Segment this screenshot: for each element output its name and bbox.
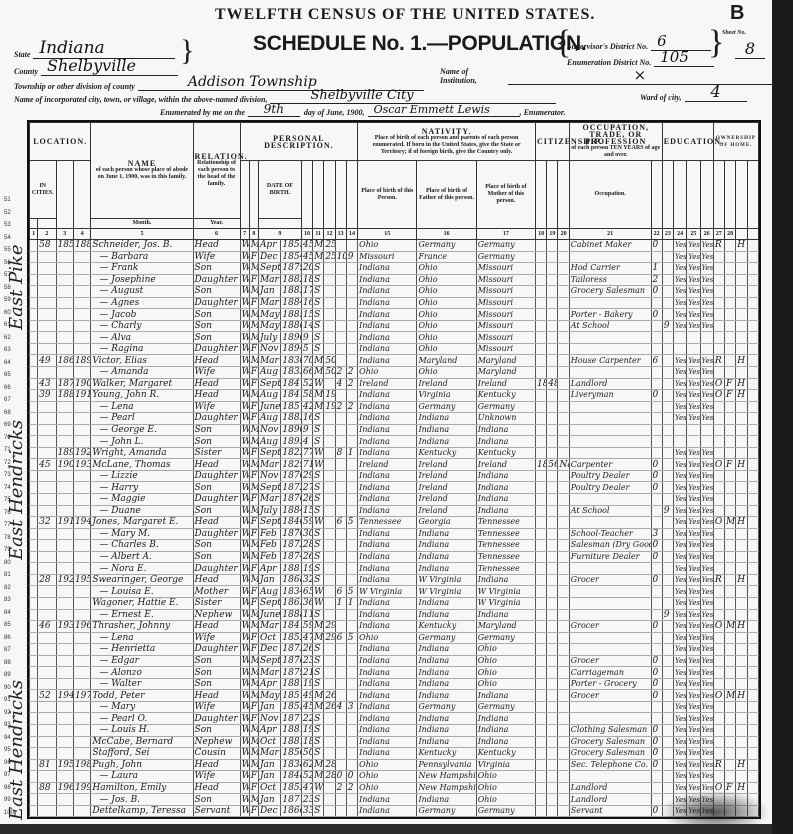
can-write: Yes xyxy=(687,667,700,679)
years-married: 29 xyxy=(324,621,335,633)
color: W xyxy=(240,667,249,679)
age: 33 xyxy=(301,805,312,817)
street xyxy=(30,517,38,529)
mother-birthplace: Tennessee xyxy=(476,563,535,575)
mother-of xyxy=(335,274,346,286)
can-read: Yes xyxy=(673,251,686,263)
table-row: — LenaWifeWFJune185742M1922IndianaGerman… xyxy=(30,401,759,413)
farm-schedule xyxy=(747,586,758,598)
header-years-us xyxy=(547,161,558,229)
line-number: 79 xyxy=(4,547,11,553)
father-birthplace: W Virginia xyxy=(417,574,476,586)
mother-of xyxy=(335,609,346,621)
can-read: Yes xyxy=(673,309,686,321)
immigration-year xyxy=(536,551,547,563)
relation: Son xyxy=(193,482,240,494)
mother-birthplace: Germany xyxy=(476,632,535,644)
header-read xyxy=(673,161,686,229)
line-number: 100 xyxy=(4,810,14,816)
months-unemployed xyxy=(651,367,662,379)
naturalization xyxy=(558,678,569,690)
family-number xyxy=(73,805,90,817)
school-months xyxy=(662,309,673,321)
street xyxy=(30,574,38,586)
months-unemployed: 0 xyxy=(651,667,662,679)
color: W xyxy=(240,794,249,806)
person-name: Wright, Amanda xyxy=(91,447,193,459)
relation: Son xyxy=(193,263,240,275)
months-unemployed: 0 xyxy=(651,678,662,690)
column-number: 6 xyxy=(193,229,240,240)
sex: M xyxy=(249,621,258,633)
birth-month: Aug xyxy=(258,413,280,425)
marital-status: S xyxy=(313,551,324,563)
speaks-english: Yes xyxy=(700,736,713,748)
birth-year: 1830 xyxy=(281,355,301,367)
age: 21 xyxy=(301,667,312,679)
birth-year: 1855 xyxy=(281,701,301,713)
table-row: 88196199Hamilton, EmilyHeadWFOct185247Wd… xyxy=(30,782,759,794)
free-mortgaged xyxy=(725,240,736,252)
house-number xyxy=(38,528,56,540)
father-birthplace: Ohio xyxy=(417,320,476,332)
birthplace: Indiana xyxy=(358,286,417,298)
school-months xyxy=(662,424,673,436)
naturalization xyxy=(558,240,569,252)
mother-of xyxy=(335,736,346,748)
sheet-number: 8 xyxy=(735,39,765,59)
person-name: — Ragina xyxy=(91,343,193,355)
school-months: 9 xyxy=(662,609,673,621)
children-living xyxy=(346,459,357,471)
relation: Son xyxy=(193,678,240,690)
can-write: Yes xyxy=(687,494,700,506)
birthplace: Tennessee xyxy=(358,517,417,529)
street xyxy=(30,794,38,806)
occupation xyxy=(569,701,651,713)
person-name: — Ernest E. xyxy=(91,609,193,621)
owned-rented xyxy=(713,436,724,448)
age: 26 xyxy=(301,494,312,506)
relation: Wife xyxy=(193,401,240,413)
house-number: 88 xyxy=(38,782,56,794)
immigration-year xyxy=(536,597,547,609)
street xyxy=(30,805,38,817)
immigration-year xyxy=(536,251,547,263)
can-read: Yes xyxy=(673,378,686,390)
father-birthplace: Ireland xyxy=(417,494,476,506)
table-row: — WalterSonWMApr188119SIndianaIndianaOhi… xyxy=(30,678,759,690)
school-months xyxy=(662,459,673,471)
table-row: — Nora E.DaughterWFApr188119SIndianaIndi… xyxy=(30,563,759,575)
farm-schedule xyxy=(747,551,758,563)
farm-house xyxy=(736,609,747,621)
marital-status: M xyxy=(313,621,324,633)
farm-schedule xyxy=(747,724,758,736)
months-unemployed xyxy=(651,320,662,332)
line-number: 84 xyxy=(4,610,11,616)
speaks-english: Yes xyxy=(700,748,713,760)
birth-year: 1877 xyxy=(281,794,301,806)
age: 23 xyxy=(301,794,312,806)
birthplace: Indiana xyxy=(358,748,417,760)
age: 58 xyxy=(301,390,312,402)
column-number: 9 xyxy=(258,229,301,240)
color: W xyxy=(240,332,249,344)
house-number xyxy=(38,551,56,563)
mother-of xyxy=(335,424,346,436)
dwelling-number xyxy=(56,540,73,552)
relation: Son xyxy=(193,540,240,552)
farm-house xyxy=(736,528,747,540)
months-unemployed xyxy=(651,378,662,390)
farm-house xyxy=(736,632,747,644)
immigration-year xyxy=(536,309,547,321)
birth-month: Sept xyxy=(258,378,280,390)
house-number xyxy=(38,586,56,598)
can-write: Yes xyxy=(687,297,700,309)
school-months xyxy=(662,413,673,425)
father-birthplace: Indiana xyxy=(417,424,476,436)
street xyxy=(30,401,38,413)
years-married xyxy=(324,459,335,471)
enumeration-field: Enumeration District No. 105 xyxy=(567,48,714,67)
age: 50 xyxy=(301,748,312,760)
county-value: Shelbyville xyxy=(41,56,178,76)
birth-year: 1872 xyxy=(281,540,301,552)
farm-schedule xyxy=(747,736,758,748)
color: W xyxy=(240,367,249,379)
children-living: 2 xyxy=(346,378,357,390)
column-number: 1 xyxy=(30,229,38,240)
owned-rented xyxy=(713,551,724,563)
house-number: 32 xyxy=(38,517,56,529)
children-living: 2 xyxy=(346,401,357,413)
sex: M xyxy=(249,263,258,275)
years-married xyxy=(324,482,335,494)
can-write: Yes xyxy=(687,263,700,275)
birth-month: June xyxy=(258,401,280,413)
farm-house xyxy=(736,424,747,436)
family-number xyxy=(73,794,90,806)
occupation: Sec. Telephone Co. xyxy=(569,759,651,771)
father-birthplace: Indiana xyxy=(417,794,476,806)
birth-month: Nov xyxy=(258,470,280,482)
street xyxy=(30,713,38,725)
marital-status: M xyxy=(313,251,324,263)
owned-rented: R xyxy=(713,355,724,367)
header-years-married xyxy=(324,161,335,229)
street xyxy=(30,286,38,298)
birth-year: 1895 xyxy=(281,436,301,448)
age: 29 xyxy=(301,470,312,482)
years-in-us xyxy=(547,447,558,459)
school-months xyxy=(662,378,673,390)
age: 17 xyxy=(301,286,312,298)
house-number xyxy=(38,436,56,448)
immigration-year xyxy=(536,297,547,309)
naturalization xyxy=(558,563,569,575)
free-mortgaged xyxy=(725,494,736,506)
owned-rented xyxy=(713,470,724,482)
free-mortgaged xyxy=(725,632,736,644)
enumerator-label: , Enumerator. xyxy=(520,108,566,117)
mother-birthplace: Kentucky xyxy=(476,447,535,459)
months-unemployed xyxy=(651,586,662,598)
house-number xyxy=(38,667,56,679)
school-months xyxy=(662,436,673,448)
children-living xyxy=(346,320,357,332)
birth-month: Apr xyxy=(258,240,280,252)
age: 14 xyxy=(301,320,312,332)
birth-month: May xyxy=(258,320,280,332)
birthplace: Indiana xyxy=(358,413,417,425)
table-row: — Mary M.DaughterWFFeb187030SIndianaIndi… xyxy=(30,528,759,540)
owned-rented xyxy=(713,367,724,379)
sex: F xyxy=(249,517,258,529)
marital-status: S xyxy=(313,609,324,621)
owned-rented: O xyxy=(713,459,724,471)
dwelling-number xyxy=(56,274,73,286)
dwelling-number xyxy=(56,655,73,667)
years-in-us xyxy=(547,563,558,575)
sex: M xyxy=(249,286,258,298)
street xyxy=(30,424,38,436)
father-birthplace: Ohio xyxy=(417,286,476,298)
table-row: — CharlySonWMMay188614SIndianaOhioMissou… xyxy=(30,320,759,332)
naturalization xyxy=(558,390,569,402)
children-living xyxy=(346,274,357,286)
house-number: 39 xyxy=(38,390,56,402)
line-number: 52 xyxy=(4,210,11,216)
farm-schedule xyxy=(747,378,758,390)
relation: Son xyxy=(193,332,240,344)
free-mortgaged xyxy=(725,413,736,425)
naturalization xyxy=(558,736,569,748)
months-unemployed: 0 xyxy=(651,551,662,563)
farm-schedule xyxy=(747,667,758,679)
immigration-year xyxy=(536,690,547,702)
relation: Wife xyxy=(193,251,240,263)
occupation: Salesman (Dry Goods) xyxy=(569,540,651,552)
can-write: Yes xyxy=(687,563,700,575)
mother-birthplace: Tennessee xyxy=(476,528,535,540)
school-months xyxy=(662,401,673,413)
dwelling-number xyxy=(56,343,73,355)
can-write xyxy=(687,436,700,448)
years-in-us xyxy=(547,782,558,794)
can-write: Yes xyxy=(687,632,700,644)
mother-birthplace: Kentucky xyxy=(476,748,535,760)
line-number: 83 xyxy=(4,597,11,603)
line-number: 61 xyxy=(4,322,11,328)
birth-year: 1877 xyxy=(281,713,301,725)
sex: F xyxy=(249,586,258,598)
immigration-year xyxy=(536,517,547,529)
owned-rented xyxy=(713,771,724,783)
color: W xyxy=(240,309,249,321)
mother-of: 0 xyxy=(335,771,346,783)
street xyxy=(30,494,38,506)
occupation xyxy=(569,609,651,621)
family-number xyxy=(73,528,90,540)
children-living: 5 xyxy=(346,517,357,529)
birth-month: Dec xyxy=(258,644,280,656)
months-unemployed: 0 xyxy=(651,240,662,252)
line-number: 53 xyxy=(4,222,11,228)
farm-house xyxy=(736,447,747,459)
can-write: Yes xyxy=(687,447,700,459)
sex: F xyxy=(249,274,258,286)
children-living xyxy=(346,424,357,436)
birth-month: Mar xyxy=(258,748,280,760)
years-married xyxy=(324,748,335,760)
children-living: 5 xyxy=(346,586,357,598)
children-living xyxy=(346,678,357,690)
occupation xyxy=(569,586,651,598)
marital-status: S xyxy=(313,655,324,667)
mother-birthplace: Germany xyxy=(476,805,535,817)
age: 19 xyxy=(301,724,312,736)
free-mortgaged xyxy=(725,701,736,713)
farm-house xyxy=(736,263,747,275)
mother-birthplace: Ohio xyxy=(476,655,535,667)
census-title: TWELFTH CENSUS OF THE UNITED STATES. xyxy=(215,6,595,24)
years-in-us xyxy=(547,332,558,344)
age: 18 xyxy=(301,274,312,286)
birthplace: Indiana xyxy=(358,563,417,575)
occupation: Servant xyxy=(569,805,651,817)
line-number: 80 xyxy=(4,560,11,566)
sheet-letter: B xyxy=(730,2,744,25)
farm-house xyxy=(736,678,747,690)
immigration-year xyxy=(536,343,547,355)
can-read: Yes xyxy=(673,597,686,609)
color: W xyxy=(240,286,249,298)
years-in-us xyxy=(547,621,558,633)
immigration-year xyxy=(536,632,547,644)
farm-house xyxy=(736,436,747,448)
years-in-us xyxy=(547,251,558,263)
column-number: 7 xyxy=(240,229,249,240)
occupation: Furniture Dealer xyxy=(569,551,651,563)
street xyxy=(30,667,38,679)
years-married xyxy=(324,678,335,690)
column-number: 14 xyxy=(346,229,357,240)
children-living xyxy=(346,644,357,656)
speaks-english: Yes xyxy=(700,274,713,286)
header-name: NAMEof each person whose place of abode … xyxy=(91,123,193,219)
naturalization xyxy=(558,597,569,609)
speaks-english: Yes xyxy=(700,390,713,402)
dwelling-number: 195 xyxy=(56,759,73,771)
naturalization xyxy=(558,609,569,621)
father-birthplace: Ireland xyxy=(417,482,476,494)
farm-house xyxy=(736,713,747,725)
marital-status: S xyxy=(313,574,324,586)
school-months xyxy=(662,470,673,482)
owned-rented xyxy=(713,263,724,275)
mother-birthplace: Maryland xyxy=(476,621,535,633)
color: W xyxy=(240,551,249,563)
father-birthplace: Germany xyxy=(417,701,476,713)
mother-birthplace: Indiana xyxy=(476,574,535,586)
years-married: 19 xyxy=(324,401,335,413)
farm-house xyxy=(736,736,747,748)
dwelling-number xyxy=(56,332,73,344)
age: 77 xyxy=(301,447,312,459)
street xyxy=(30,343,38,355)
farm-schedule xyxy=(747,678,758,690)
speaks-english xyxy=(700,332,713,344)
relation: Daughter xyxy=(193,713,240,725)
marital-status: S xyxy=(313,724,324,736)
years-in-us xyxy=(547,771,558,783)
owned-rented xyxy=(713,563,724,575)
marital-status: S xyxy=(313,482,324,494)
age: 20 xyxy=(301,263,312,275)
owned-rented: O xyxy=(713,378,724,390)
age: 42 xyxy=(301,401,312,413)
dwelling-number: 193 xyxy=(56,621,73,633)
marital-status: M xyxy=(313,690,324,702)
can-write: Yes xyxy=(687,355,700,367)
marital-status: S xyxy=(313,286,324,298)
immigration-year: 1852 xyxy=(536,378,547,390)
can-read: Yes xyxy=(673,447,686,459)
free-mortgaged xyxy=(725,609,736,621)
table-row: Wagoner, Hattie E.SisterWFSept186336Wd11… xyxy=(30,597,759,609)
family-number xyxy=(73,736,90,748)
father-birthplace: Indiana xyxy=(417,551,476,563)
color: W xyxy=(240,563,249,575)
months-unemployed: 1 xyxy=(651,263,662,275)
children-living xyxy=(346,574,357,586)
months-unemployed xyxy=(651,447,662,459)
dwelling-number xyxy=(56,309,73,321)
father-birthplace: Indiana xyxy=(417,736,476,748)
birthplace: Indiana xyxy=(358,424,417,436)
years-in-us xyxy=(547,263,558,275)
mother-of xyxy=(335,794,346,806)
birthplace: Indiana xyxy=(358,470,417,482)
speaks-english: Yes xyxy=(700,551,713,563)
immigration-year xyxy=(536,655,547,667)
dwelling-number xyxy=(56,805,73,817)
farm-schedule xyxy=(747,494,758,506)
years-married xyxy=(324,563,335,575)
immigration-year xyxy=(536,805,547,817)
can-write: Yes xyxy=(687,551,700,563)
page-edge xyxy=(0,824,772,834)
house-number xyxy=(38,655,56,667)
table-row: 43187190Walker, MargaretHeadWFSept184752… xyxy=(30,378,759,390)
header-school xyxy=(662,161,673,229)
marital-status: S xyxy=(313,274,324,286)
person-name: — Louisa E. xyxy=(91,586,193,598)
color: W xyxy=(240,644,249,656)
birth-month: May xyxy=(258,309,280,321)
owned-rented xyxy=(713,494,724,506)
children-living: 9 xyxy=(346,251,357,263)
birthplace: Indiana xyxy=(358,494,417,506)
person-name: — August xyxy=(91,286,193,298)
birth-month: Sept xyxy=(258,517,280,529)
family-number: 189 xyxy=(73,355,90,367)
column-number: 27 xyxy=(713,229,724,240)
naturalization xyxy=(558,748,569,760)
family-number xyxy=(73,297,90,309)
